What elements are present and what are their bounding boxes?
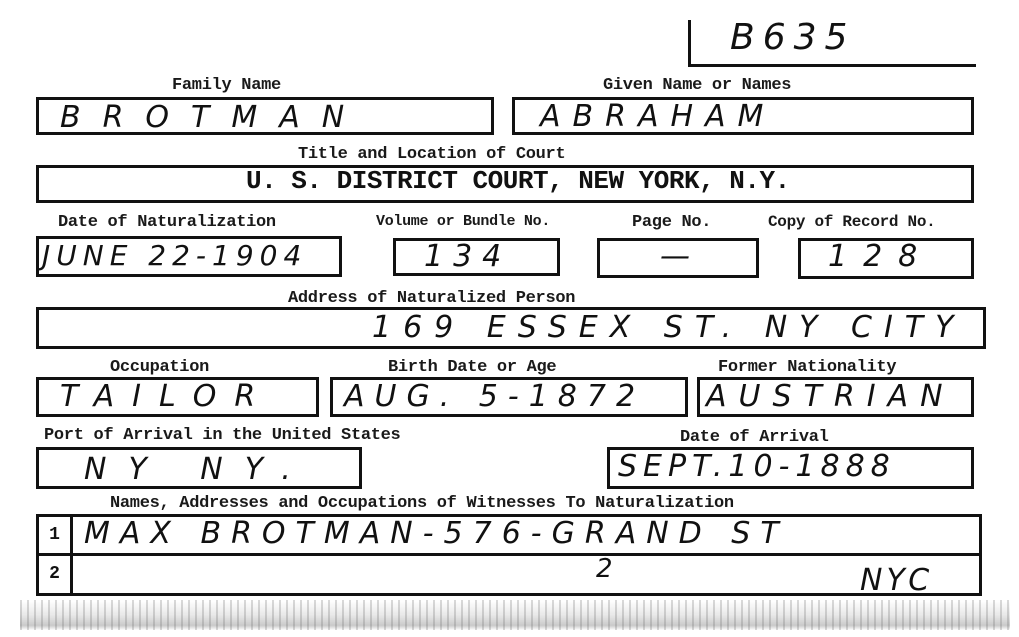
volume-or-bundle-value: 134 [424,242,511,272]
witness-row-text: NYC [860,566,933,596]
court-value: U. S. DISTRICT COURT, NEW YORK, N.Y. [246,166,790,196]
former-nationality-label: Former Nationality [718,358,896,377]
witnesses-label: Names, Addresses and Occupations of Witn… [110,494,734,513]
date-of-arrival-value: SEPT.10-1888 [618,452,896,482]
witness-row-mark: 2 [596,556,627,582]
occupation-label: Occupation [110,358,209,377]
former-nationality-value: AUSTRIAN [706,382,955,412]
port-of-arrival-label: Port of Arrival in the United States [44,426,400,445]
given-names-value: ABRAHAM [540,102,775,132]
card-number: B635 [730,20,855,56]
volume-or-bundle-label: Volume or Bundle No. [376,213,550,230]
witness-row-text: MAX BROTMAN-576-GRAND ST [84,519,789,549]
date-of-naturalization-label: Date of Naturalization [58,213,276,232]
page-no-value: — [660,242,704,272]
copy-of-record-label: Copy of Record No. [768,213,935,231]
copy-of-record-value: 128 [828,242,933,272]
scan-noise [20,600,1010,630]
witnesses-row-divider [36,553,982,556]
page-no-label: Page No. [632,213,711,232]
birth-date-label: Birth Date or Age [388,358,556,377]
address-label: Address of Naturalized Person [288,289,575,308]
date-of-naturalization-value: JUNE 22-1904 [42,242,307,270]
witness-row-number: 2 [39,556,73,593]
address-value: 169 ESSEX ST. NY CITY [372,313,965,343]
family-name-value: BROTMAN [60,103,366,133]
birth-date-value: AUG. 5-1872 [344,382,645,412]
witness-row-number: 1 [39,517,73,553]
port-of-arrival-value: NY NY. [84,455,313,485]
occupation-value: TAILOR [60,382,273,412]
family-name-label: Family Name [172,76,281,95]
date-of-arrival-label: Date of Arrival [680,428,829,447]
given-names-label: Given Name or Names [603,76,791,95]
court-label: Title and Location of Court [298,145,565,164]
